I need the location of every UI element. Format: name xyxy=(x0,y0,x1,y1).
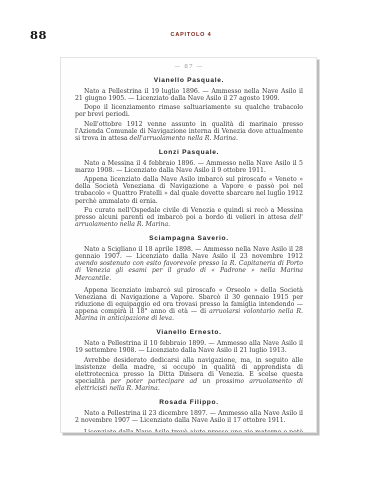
section-heading: Vianello Ernesto. xyxy=(75,329,303,336)
chapter-heading: CAPITOLO 4 xyxy=(0,32,382,38)
text-run: Dopo il licenziamento rimase saltuariame… xyxy=(75,104,303,118)
paragraph: Nell'ottobre 1912 venne assunto in quali… xyxy=(75,121,303,142)
paragraph: Avrebbe desiderato dedicarsi alla naviga… xyxy=(75,357,303,393)
book-viewer-page: 88 CAPITOLO 4 — 87 — Vianello Pasquale.N… xyxy=(0,0,382,480)
paragraph: Nato a Pellestrina il 10 febbraio 1899. … xyxy=(75,340,303,354)
italic-text-run: per poter partecipare ad un prossimo arr… xyxy=(75,378,303,392)
section-heading: Lonzi Pasquale. xyxy=(75,149,303,156)
italic-text-run: dell'arruolamento nella R. Marina. xyxy=(130,135,238,142)
text-run: Nato a Pellestrina il 23 dicembre 1897. … xyxy=(75,410,303,424)
scan-page-number: — 87 — xyxy=(75,64,303,70)
paragraph: Appena licenziato imbarcò sul piroscafo … xyxy=(75,287,303,323)
text-run: Nato a Scigliano il 18 aprile 1898. — Am… xyxy=(75,246,303,260)
paragraph: Dopo il licenziamento rimase saltuariame… xyxy=(75,104,303,118)
paragraph: Fu curato nell'Ospedale civile di Venezi… xyxy=(75,207,303,228)
paragraph: Nato a Scigliano il 18 aprile 1898. — Am… xyxy=(75,246,303,282)
paragraph: Nato a Pellestrina il 19 luglio 1896. — … xyxy=(75,88,303,102)
text-run: Licenziato dalla Nave Asilo trovò aiuto … xyxy=(75,429,303,433)
italic-text-run: avendo sostenuto con esito favorevole pr… xyxy=(75,260,303,281)
paragraph: Nato a Pellestrina il 23 dicembre 1897. … xyxy=(75,410,303,424)
scanned-page: — 87 — Vianello Pasquale.Nato a Pellestr… xyxy=(60,57,317,433)
text-run: Fu curato nell'Ospedale civile di Venezi… xyxy=(75,207,303,221)
section-heading: Rosada Filippo. xyxy=(75,399,303,406)
text-run: Nato a Pellestrina il 19 luglio 1896. — … xyxy=(75,88,303,102)
section-heading: Sciampagna Saverio. xyxy=(75,235,303,242)
section-heading: Vianello Pasquale. xyxy=(75,77,303,84)
paragraph: Appena licenziato dalla Nave Asilo imbar… xyxy=(75,176,303,205)
sections: Vianello Pasquale.Nato a Pellestrina il … xyxy=(75,77,303,433)
text-run: Nato a Pellestrina il 10 febbraio 1899. … xyxy=(75,340,303,354)
paragraph: Licenziato dalla Nave Asilo trovò aiuto … xyxy=(75,429,303,433)
text-run: Appena licenziato dalla Nave Asilo imbar… xyxy=(75,176,303,204)
text-run: Nato a Messina il 4 febbraio 1896. — Amm… xyxy=(75,160,303,174)
paragraph: Nato a Messina il 4 febbraio 1896. — Amm… xyxy=(75,160,303,174)
